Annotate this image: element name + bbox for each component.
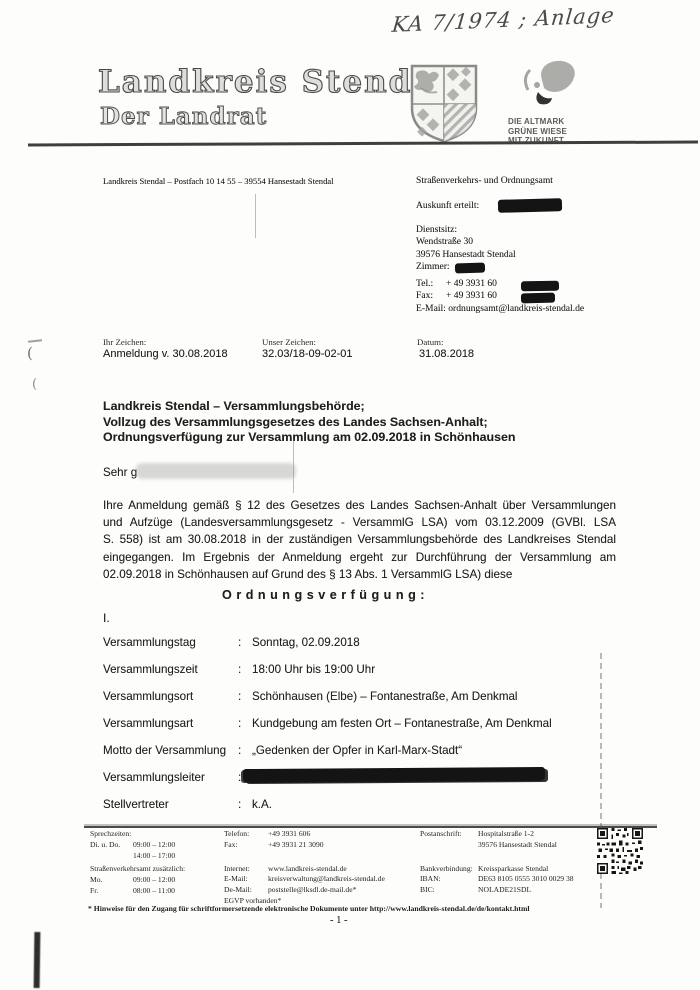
bank-label: Bankverbindung: <box>420 864 478 875</box>
subject-line: Landkreis Stendal – Versammlungsbehörde; <box>103 399 515 415</box>
crease-line <box>255 194 256 238</box>
extra-office-label: Straßenverkehrsamt zusätzlich: <box>90 864 185 875</box>
fax-label: Fax: <box>416 290 446 302</box>
unser-zeichen-label: Unser Zeichen: <box>262 337 316 347</box>
time-value: 14:00 – 17:00 <box>133 851 175 860</box>
pencil-mark <box>28 339 42 342</box>
subject-block: Landkreis Stendal – Versammlungsbehörde;… <box>103 399 515 446</box>
post-city: 39576 Hansestadt Stendal <box>478 840 557 849</box>
body-line: S. 558) ist am 30.08.2018 in der zuständ… <box>103 531 616 548</box>
detail-value: Kundgebung am festen Ort – Fontanestraße… <box>252 717 552 730</box>
sender-line: Landkreis Stendal – Postfach 10 14 55 – … <box>103 176 334 186</box>
time-value: 09:00 – 12:00 <box>133 875 175 884</box>
office-city: 39576 Hansestadt Stendal <box>416 249 516 261</box>
detail-colon: : <box>238 744 241 757</box>
handwritten-annotation: KA 7/1974 ; Anlage <box>391 3 616 37</box>
leaf-icon <box>508 58 586 110</box>
detail-label: Versammlungstag <box>103 636 238 649</box>
telefon-value: +49 3931 606 <box>268 829 310 838</box>
detail-colon: : <box>238 717 241 730</box>
subject-line: Vollzug des Versammlungsgesetzes des Lan… <box>103 415 515 431</box>
email-label: E-Mail: <box>224 874 268 885</box>
internet-value: www.landkreis-stendal.de <box>268 864 347 873</box>
detail-value: „Gedenken der Opfer in Karl-Marx-Stadt“ <box>252 744 462 757</box>
detail-colon: : <box>238 798 241 811</box>
detail-value: Sonntag, 02.09.2018 <box>252 636 360 649</box>
body-line: und Aufzüge (Landesversammlungsgesetz - … <box>103 514 616 531</box>
detail-colon: : <box>238 636 241 649</box>
redaction-contact <box>498 198 562 213</box>
dienstsitz-label: Dienstsitz: <box>416 224 516 236</box>
demail-value: poststelle@lksdl.de-mail.de* <box>268 885 356 894</box>
section-label: I. <box>103 611 110 625</box>
telefon-label: Telefon: <box>224 829 268 840</box>
detail-label: Stellvertreter <box>103 798 238 811</box>
letterhead-org-title: Landkreis Stendal <box>98 64 448 100</box>
time-value: 09:00 – 12:00 <box>133 840 175 849</box>
body-paragraph: Ihre Anmeldung gemäß § 12 des Gesetzes d… <box>103 497 616 583</box>
detail-label: Versammlungsart <box>103 717 238 730</box>
qr-code <box>597 828 643 879</box>
day-label: Mo. <box>90 875 133 886</box>
footer-address-bank: Postanschrift:Hospitalstraße 1-2 39576 H… <box>420 829 574 896</box>
header-divider <box>28 141 698 147</box>
tel-label: Tel.: <box>416 278 446 290</box>
ihr-zeichen-label: Ihr Zeichen: <box>103 337 146 347</box>
redaction-leader <box>243 767 545 782</box>
altmark-logo: DIE ALTMARK GRÜNE WIESE MIT ZUKUNFT <box>508 58 598 146</box>
fax-value: +49 3931 21 3090 <box>268 840 324 849</box>
detail-colon: : <box>238 663 241 676</box>
body-line: 02.09.2018 in Schönhausen auf Grund des … <box>103 566 616 583</box>
body-line: Ihre Anmeldung gemäß § 12 des Gesetzes d… <box>103 497 616 514</box>
post-label: Postanschrift: <box>420 829 478 840</box>
footer-contact: Telefon:+49 3931 606 Fax:+49 3931 21 309… <box>224 829 385 907</box>
unser-zeichen-value: 32.03/18-09-02-01 <box>262 348 353 360</box>
email-value: kreisverwaltung@landkreis-stendal.de <box>268 874 385 883</box>
redaction-salutation <box>136 463 296 479</box>
subject-line: Ordnungsverfügung zur Versammlung am 02.… <box>103 430 515 446</box>
datum-label: Datum: <box>417 337 443 347</box>
salutation: Sehr g <box>103 466 137 479</box>
tel-number: + 49 3931 60 <box>446 278 497 289</box>
office-street: Wendstraße 30 <box>416 236 516 248</box>
detail-value: Schönhausen (Elbe) – Fontanestraße, Am D… <box>252 690 518 703</box>
detail-label: Versammlungsleiter <box>103 771 238 784</box>
time-value: 08:00 – 11:00 <box>133 886 175 895</box>
sprechzeiten-label: Sprechzeiten: <box>90 829 185 840</box>
order-heading: Ordnungsverfügung: <box>103 588 548 602</box>
footnote: * Hinweise für den Zugang für schriftfor… <box>88 904 530 913</box>
redaction-tel <box>521 281 559 292</box>
page-number: - 1 - <box>330 915 348 926</box>
department-name: Straßenverkehrs- und Ordnungsamt <box>416 175 553 187</box>
demail-label: De-Mail: <box>224 885 268 896</box>
logo-line: DIE ALTMARK <box>508 117 598 127</box>
detail-label: Motto der Versammlung <box>103 744 253 757</box>
detail-colon: : <box>238 771 241 784</box>
iban-value: DE63 8105 0555 3010 0029 38 <box>478 874 574 883</box>
bic-label: BIC: <box>420 885 478 896</box>
fax-number: + 49 3931 60 <box>446 290 497 301</box>
email-address: ordnungsamt@landkreis-stendal.de <box>448 303 584 314</box>
post-street: Hospitalstraße 1-2 <box>478 829 534 838</box>
fax-label: Fax: <box>224 840 268 851</box>
detail-value: k.A. <box>252 798 272 811</box>
redaction-room <box>455 262 485 273</box>
footer-hours: Sprechzeiten: Di. u. Do.09:00 – 12:00 14… <box>90 829 185 897</box>
pencil-mark: ( <box>32 377 37 392</box>
detail-label: Versammlungsort <box>103 690 238 703</box>
day-label: Di. u. Do. <box>90 840 133 851</box>
detail-colon: : <box>238 690 241 703</box>
ihr-zeichen-value: Anmeldung v. 30.08.2018 <box>103 348 228 360</box>
datum-value: 31.08.2018 <box>419 348 474 360</box>
bank-value: Kreissparkasse Stendal <box>478 864 548 873</box>
iban-label: IBAN: <box>420 874 478 885</box>
detail-value: 18:00 Uhr bis 19:00 Uhr <box>252 663 375 676</box>
scanned-letter-page: KA 7/1974 ; Anlage Landkreis Stendal Der… <box>0 0 700 990</box>
detail-label: Versammlungszeit <box>103 663 238 676</box>
letterhead-sub-title: Der Landrat <box>100 103 267 130</box>
logo-line: GRÜNE WIESE <box>508 127 598 137</box>
bic-value: NOLADE21SDL <box>478 885 531 894</box>
footer-divider <box>84 826 657 828</box>
pencil-mark: ( <box>27 344 33 362</box>
body-line: eingegangen. Im Ergebnis der Anmeldung e… <box>103 549 616 566</box>
scan-artifact <box>34 932 41 988</box>
day-label: Fr. <box>90 886 133 897</box>
contact-label: Auskunft erteilt: <box>416 200 479 212</box>
email-label: E-Mail: <box>416 303 446 314</box>
coat-of-arms-icon <box>407 62 481 149</box>
redaction-fax <box>521 293 555 304</box>
internet-label: Internet: <box>224 864 268 875</box>
